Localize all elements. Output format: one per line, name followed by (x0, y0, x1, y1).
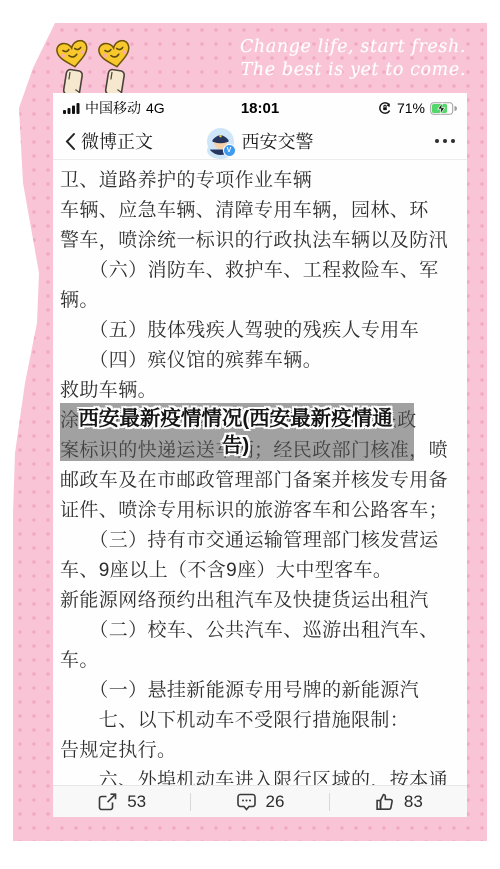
article-line: 邮政车及在市邮政管理部门备案并核发专用备 (60, 466, 460, 496)
comment-icon (236, 792, 257, 812)
article-line: （二）校车、公共汽车、巡游出租汽车、 (60, 616, 460, 646)
comment-button[interactable]: 26 (191, 786, 328, 817)
article-line: （五）肢体残疾人驾驶的残疾人专用车 (60, 316, 460, 346)
clock-label: 18:01 (213, 100, 307, 117)
account-button[interactable]: V 西安交警 (183, 128, 337, 155)
action-bar: 53 26 83 (53, 785, 467, 817)
phone-screenshot: 中国移动 4G 18:01 71% (53, 93, 467, 817)
article-line: 车。 (60, 646, 460, 676)
article-line: （一）悬挂新能源专用号牌的新能源汽 (60, 676, 460, 706)
article-line: 辆。 (60, 286, 460, 316)
article-line: 车、9座以上（不含9座）大中型客车。 (60, 556, 460, 586)
article-line: 告规定执行。 (60, 736, 460, 766)
like-count: 83 (404, 792, 423, 812)
share-button[interactable]: 53 (53, 786, 190, 817)
article-line: 七、以下机动车不受限行措施限制： (60, 706, 460, 736)
chevron-left-icon (65, 132, 76, 151)
article-line: 新能源网络预约出租汽车及快捷货运出租汽 (60, 586, 460, 616)
back-button[interactable]: 微博正文 (65, 128, 183, 154)
article-line: （三）持有市交通运输管理部门核发营运 (60, 526, 460, 556)
rotation-lock-icon (378, 101, 392, 115)
article-line: 救助车辆。 (60, 376, 460, 406)
like-button[interactable]: 83 (330, 786, 467, 817)
signal-strength-icon (63, 102, 80, 114)
page-root: Change life, start fresh. The best is ye… (0, 0, 500, 869)
article-line: 车辆、应急车辆、清障专用车辆，园林、环 (60, 196, 460, 226)
carrier-label: 中国移动 (85, 98, 141, 118)
battery-percent-label: 71% (397, 100, 425, 116)
network-type-label: 4G (146, 100, 165, 116)
verified-badge-icon: V (223, 144, 236, 157)
headline-title: 西安最新疫情情况(西安最新疫情通告) (60, 405, 414, 459)
account-name-label: 西安交警 (242, 128, 314, 154)
nav-bar: 微博正文 (53, 123, 467, 160)
battery-charging-icon (430, 102, 457, 115)
heart-smiley-sticker-icon (56, 33, 142, 97)
more-icon (435, 139, 439, 143)
headline-overlay: 西安最新疫情情况(西安最新疫情通告) (60, 403, 414, 461)
status-bar: 中国移动 4G 18:01 71% (53, 93, 467, 123)
article-line: （六）消防车、救护车、工程救险车、军 (60, 256, 460, 286)
more-button[interactable] (337, 139, 455, 143)
article-line: 卫、道路养护的专项作业车辆 (60, 166, 460, 196)
motto-line-2: The best is yet to come. (240, 59, 466, 82)
back-label: 微博正文 (81, 128, 153, 154)
share-count: 53 (127, 792, 146, 812)
article-line: 警车，喷涂统一标识的行政执法车辆以及防汛 (60, 226, 460, 256)
motto-line-1: Change life, start fresh. (240, 36, 466, 59)
article-line: 证件、喷涂专用标识的旅游客车和公路客车； (60, 496, 460, 526)
share-icon (97, 792, 118, 812)
comment-count: 26 (266, 792, 285, 812)
decorative-motto: Change life, start fresh. The best is ye… (240, 36, 466, 82)
article-body: 卫、道路养护的专项作业车辆车辆、应急车辆、清障专用车辆，园林、环警车，喷涂统一标… (60, 160, 460, 817)
thumbs-up-icon (374, 792, 395, 812)
article-line: （四）殡仪馆的殡葬车辆。 (60, 346, 460, 376)
